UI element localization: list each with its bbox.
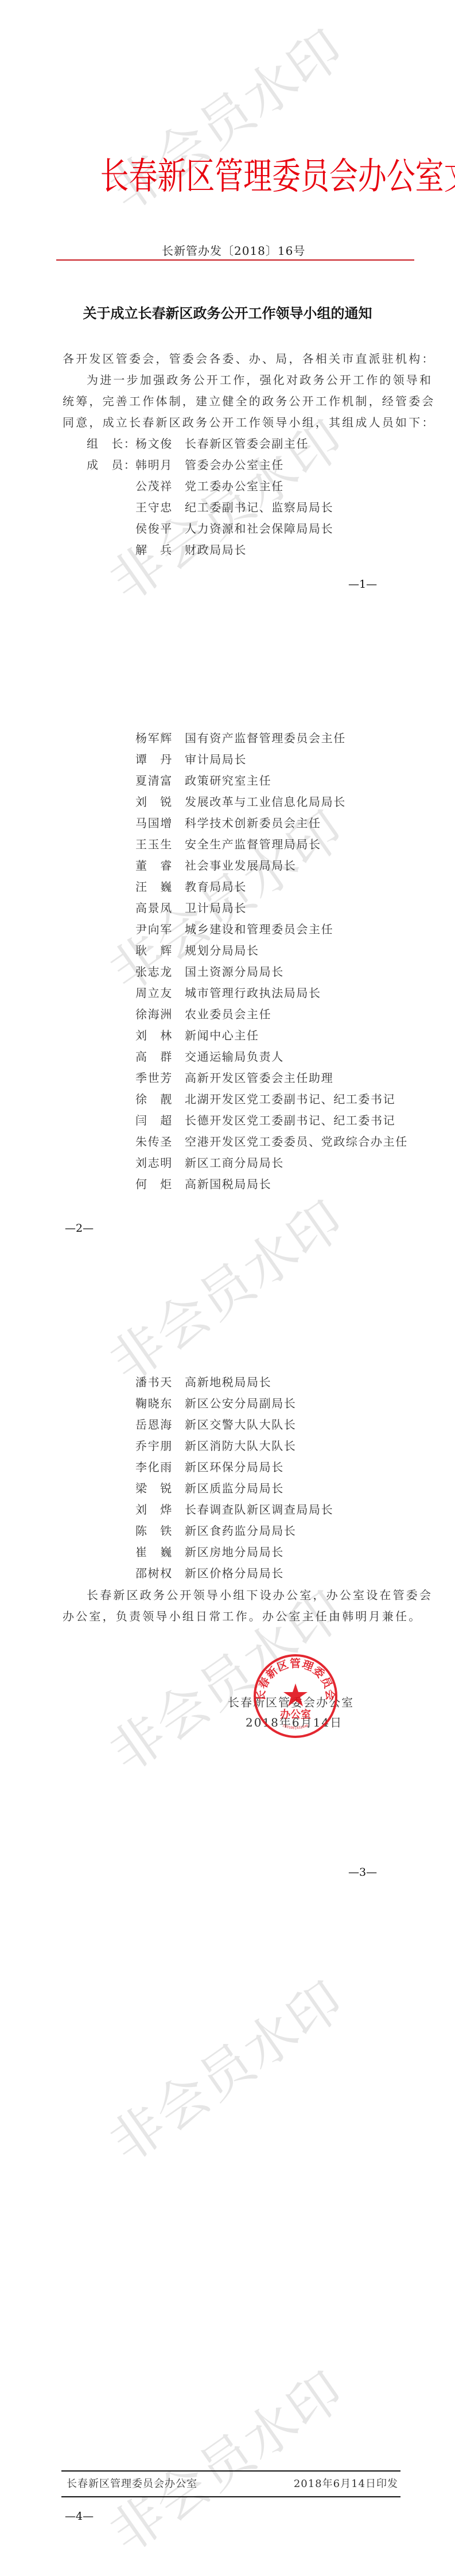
member-name: 张志龙 xyxy=(135,964,173,979)
member-title: 规划分局局长 xyxy=(185,943,259,958)
member-title: 卫计局局长 xyxy=(185,901,247,915)
page-number: —1— xyxy=(348,577,377,591)
member-name: 邵树权 xyxy=(135,1566,173,1581)
page-number: —3— xyxy=(348,1865,377,1879)
member-title: 国土资源分局局长 xyxy=(185,964,284,979)
members-label: 成 员： xyxy=(87,457,136,472)
leader-name: 杨文俊 xyxy=(135,436,173,451)
member-name: 闫 超 xyxy=(135,1113,173,1128)
member-name: 高景凤 xyxy=(135,901,173,915)
red-separator-line xyxy=(56,259,414,261)
member-name: 崔 巍 xyxy=(135,1545,173,1559)
member-name: 梁 锐 xyxy=(135,1481,173,1496)
intro-line: 为进一步加强政务公开工作，强化对政务公开工作的领导和 xyxy=(87,373,433,387)
member-name: 鞠晓东 xyxy=(135,1396,173,1411)
member-title: 新区食药监分局局长 xyxy=(185,1523,296,1538)
watermark: 非会员水印 xyxy=(79,1956,375,2187)
page-number: —4— xyxy=(65,2509,94,2523)
member-name: 徐 靓 xyxy=(135,1092,173,1107)
member-title: 新区公安分局副局长 xyxy=(185,1396,296,1411)
member-name: 徐海洲 xyxy=(135,1007,173,1022)
footer-top-rule xyxy=(61,2470,400,2472)
member-name: 汪 巍 xyxy=(135,879,173,894)
member-name: 耿 辉 xyxy=(135,943,173,958)
intro-line: 统筹，完善工作体制，建立健全的政务公开工作机制，经管委会 xyxy=(63,394,435,409)
member-title: 长德开发区党工委副书记、纪工委书记 xyxy=(185,1113,395,1128)
page-number: —2— xyxy=(65,1221,94,1235)
member-title: 新区环保分局局长 xyxy=(185,1460,284,1475)
member-name: 王守忠 xyxy=(135,500,173,515)
watermark: 非会员水印 xyxy=(79,1176,375,1407)
watermark: 非会员水印 xyxy=(79,2346,375,2576)
watermark: 非会员水印 xyxy=(79,5,375,236)
member-title: 政策研究室主任 xyxy=(185,773,271,788)
org-document-title: 长春新区管理委员会办公室文件 xyxy=(100,155,367,199)
member-title: 新区工商分局局长 xyxy=(185,1155,284,1170)
member-name: 马国增 xyxy=(135,816,173,831)
salutation: 各开发区管委会，管委会各委、办、局，各相关市直派驻机构： xyxy=(63,351,435,366)
member-title: 新区价格分局局长 xyxy=(185,1566,284,1581)
member-title: 农业委员会主任 xyxy=(185,1007,271,1022)
member-title: 北湖开发区党工委副书记、纪工委书记 xyxy=(185,1092,395,1107)
member-name: 刘 烨 xyxy=(135,1502,173,1517)
member-name: 岳恩海 xyxy=(135,1417,173,1432)
member-title: 城市管理行政执法局局长 xyxy=(185,986,321,1000)
member-title: 新区质监分局局长 xyxy=(185,1481,284,1496)
star-icon xyxy=(283,1683,308,1706)
leader-label: 组 长： xyxy=(87,436,136,451)
member-title: 党工委办公室主任 xyxy=(185,479,284,494)
member-name: 季世芳 xyxy=(135,1070,173,1085)
member-name: 公茂祥 xyxy=(135,479,173,494)
member-title: 新闻中心主任 xyxy=(185,1028,259,1043)
member-name: 李化雨 xyxy=(135,1460,173,1475)
member-name: 韩明月 xyxy=(135,457,173,472)
member-name: 夏清富 xyxy=(135,773,173,788)
member-title: 城乡建设和管理委员会主任 xyxy=(185,922,333,937)
seal-bottom-text: 办公室 xyxy=(280,1708,311,1721)
official-seal: 长春新区管理委员会 办公室 2201081432446 xyxy=(253,1654,338,1739)
member-title: 交通运输局负责人 xyxy=(185,1049,284,1064)
document-number: 长新管办发〔2018〕16号 xyxy=(162,243,297,258)
member-title: 社会事业发展局局长 xyxy=(185,858,296,873)
member-name: 朱传圣 xyxy=(135,1134,173,1149)
member-title: 新区交警大队大队长 xyxy=(185,1417,296,1432)
member-name: 刘 林 xyxy=(135,1028,173,1043)
member-name: 解 兵 xyxy=(135,542,173,557)
member-name: 高 群 xyxy=(135,1049,173,1064)
member-title: 安全生产监督管理局局长 xyxy=(185,837,321,852)
member-name: 董 睿 xyxy=(135,858,173,873)
member-name: 刘 锐 xyxy=(135,794,173,809)
member-title: 发展改革与工业信息化局局长 xyxy=(185,794,346,809)
footer-bottom-rule xyxy=(61,2496,400,2497)
member-name: 尹向军 xyxy=(135,922,173,937)
member-name: 陈 铁 xyxy=(135,1523,173,1538)
member-title: 新区房地分局局长 xyxy=(185,1545,284,1559)
member-name: 谭 丹 xyxy=(135,752,173,767)
member-name: 何 炬 xyxy=(135,1177,173,1192)
member-name: 潘书天 xyxy=(135,1375,173,1390)
member-title: 高新地税局局长 xyxy=(185,1375,271,1390)
closing-line: 办公室，负责领导小组日常工作。办公室主任由韩明月兼任。 xyxy=(63,1609,422,1624)
member-title: 教育局局长 xyxy=(185,879,247,894)
notice-heading: 关于成立长春新区政务公开工作领导小组的通知 xyxy=(57,305,398,322)
member-title: 国有资产监督管理委员会主任 xyxy=(185,731,346,746)
intro-line: 同意，成立长春新区政务公开工作领导小组，其组成人员如下： xyxy=(63,415,435,430)
member-title: 人力资源和社会保障局局长 xyxy=(185,521,333,536)
closing-line: 长春新区政务公开领导小组下设办公室，办公室设在管委会 xyxy=(87,1588,433,1603)
seal-serial: 2201081432446 xyxy=(282,1724,309,1731)
footer-issuer: 长春新区管理委员会办公室 xyxy=(67,2477,197,2491)
leader-title: 长春新区管委会副主任 xyxy=(185,436,309,451)
member-title: 空港开发区党工委委员、党政综合办主任 xyxy=(185,1134,408,1149)
member-name: 王玉生 xyxy=(135,837,173,852)
footer-issued-date: 2018年6月14日印发 xyxy=(287,2477,398,2491)
member-title: 长春调查队新区调查局局长 xyxy=(185,1502,333,1517)
member-name: 乔宇朋 xyxy=(135,1438,173,1453)
member-name: 侯俊平 xyxy=(135,521,173,536)
member-name: 周立友 xyxy=(135,986,173,1000)
member-title: 审计局局长 xyxy=(185,752,247,767)
member-title: 高新国税局局长 xyxy=(185,1177,271,1192)
member-title: 科学技术创新委员会主任 xyxy=(185,816,321,831)
member-name: 杨军辉 xyxy=(135,731,173,746)
member-title: 高新开发区管委会主任助理 xyxy=(185,1070,333,1085)
member-title: 财政局局长 xyxy=(185,542,247,557)
member-title: 新区消防大队大队长 xyxy=(185,1438,296,1453)
member-name: 刘志明 xyxy=(135,1155,173,1170)
member-title: 管委会办公室主任 xyxy=(185,457,284,472)
member-title: 纪工委副书记、监察局局长 xyxy=(185,500,333,515)
svg-text:2201081432446: 2201081432446 xyxy=(282,1724,309,1731)
